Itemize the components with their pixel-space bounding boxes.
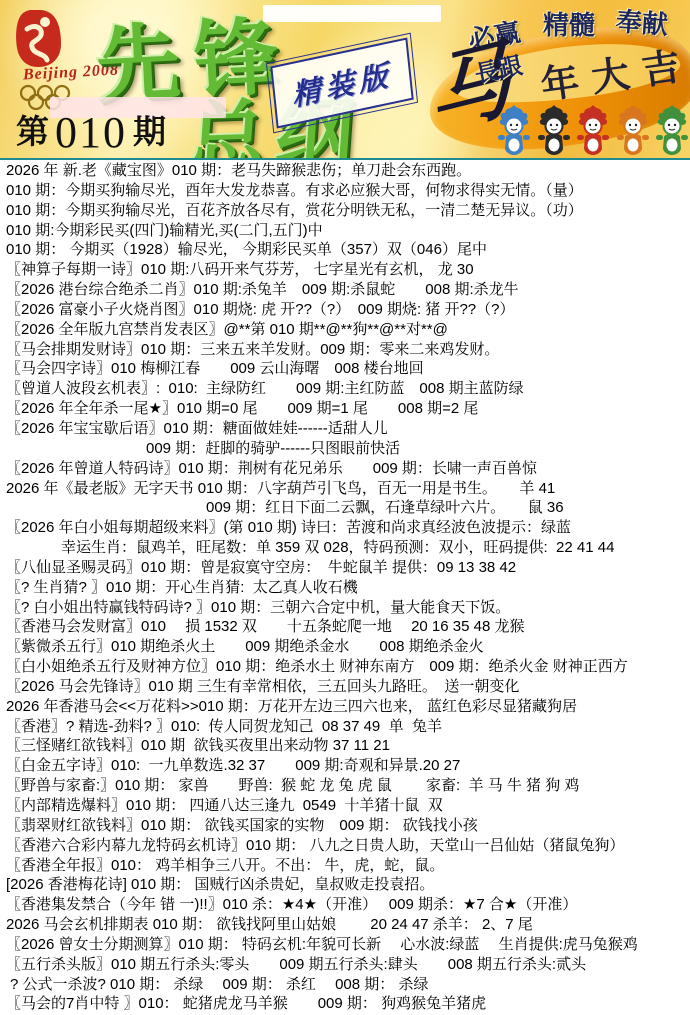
text-line: 〖2026 年白小姐每期超级来料〗(第 010 期) 诗曰：苦渡和尚求真经波色波… [0, 518, 690, 538]
text-line: 〖紫微杀五行〗010 期绝杀火土 009 期绝杀金水 008 期绝杀金火 [0, 637, 690, 657]
page-header: Beijing 2008 先锋 总纲 第010期 精装版 必赢 精髓 奉献 長跟… [0, 0, 690, 160]
text-line: 009 期：赶脚的骑驴------只图眼前快活 [0, 439, 690, 459]
issue-prefix: 第 [16, 113, 49, 150]
text-line: 2026 年香港马会<<万花料>>010 期：万花开左边三四六也来， 蓝红色彩尽… [0, 697, 690, 717]
slogan-word-3: 奉献 [615, 1, 669, 42]
text-line: 2026 马会玄机排期表 010 期： 欲钱找阿里山姑娘 20 24 47 杀羊… [0, 915, 690, 935]
text-line: 〖马会四字诗〗010 梅柳江春 009 云山海曙 008 楼台地回 [0, 359, 690, 379]
mascot-nini-green [654, 104, 690, 156]
text-line: 〖曾道人波段玄机表〗: 010: 主绿防红 009 期:主红防蓝 008 期主蓝… [0, 379, 690, 399]
text-line: 〖香港全年报〗010： 鸡羊相争三八开。不出： 牛，虎，蛇，鼠。 [0, 856, 690, 876]
text-line: 〖内部精选爆料〗010 期： 四通八达三逢九 0549 十羊猪十鼠 双 [0, 796, 690, 816]
mascot-yingying-orange [615, 104, 651, 156]
text-line: 2026 年 新.老《藏宝图》010 期：老马失蹄猴悲伤；单刀赴会东西跑。 [0, 161, 690, 181]
text-line: 〖2026 港台综合绝杀二肖〗010 期:杀兔羊 009 期:杀鼠蛇 008 期… [0, 280, 690, 300]
text-line: 010 期：今期买狗输尽光，百花齐放各尽有，赏花分明铁无私，一清二楚无异议。（功… [0, 201, 690, 221]
text-line: 〖2026 马会先锋诗〗010 期 三生有幸常相依，三五回头九路旺。 送一朝变化 [0, 677, 690, 697]
censor-box [263, 5, 441, 22]
text-line: 〖2026 年宝宝歇后语〗010 期：糖面做娃娃------适甜人儿 [0, 419, 690, 439]
issue-number: 第010期 [16, 106, 166, 158]
edition-badge-label: 精装版 [290, 52, 394, 114]
mascot-huanhuan-red [575, 104, 611, 156]
text-line: 〖八仙显圣赐灵码〗010 期：曾是寂寞守空房： 牛蛇鼠羊 提供：09 13 38… [0, 558, 690, 578]
mascots [496, 104, 690, 158]
text-line: 〖2026 年曾道人特码诗〗010 期：荆树有花兄弟乐 009 期：长啸一声百兽… [0, 459, 690, 479]
text-line: ? 公式一杀波? 010 期： 杀绿 009 期： 杀红 008 期： 杀绿 [0, 975, 690, 995]
text-line: 〖马会的7肖中特 〗010： 蛇猪虎龙马羊猴 009 期： 狗鸡猴兔羊猪虎 [0, 994, 690, 1014]
mascot-jingjing-panda [536, 104, 572, 156]
text-line: 〖? 生肖猜? 〗010 期：开心生肖猜: 太乙真人收石機 [0, 578, 690, 598]
text-line: 〖野兽与家畜:〗010 期： 家兽 野兽: 猴 蛇 龙 兔 虎 鼠 家畜: 羊 … [0, 776, 690, 796]
dancing-beijing-seal-icon [14, 10, 64, 68]
text-line: [2026 香港梅花诗] 010 期： 国贼行凶杀贵妃，皇叔败走投袁招。 [0, 875, 690, 895]
text-line: 幸运生肖：鼠鸡羊，旺尾数：单 359 双 028，特码预测：双小，旺码提供: 2… [0, 538, 690, 558]
text-line: 〖白小姐绝杀五行及财神方位〗010 期：绝杀水土 财神东南方 009 期：绝杀火… [0, 657, 690, 677]
text-line: 〖香港〗? 精选-劲料? 〗010: 传人同贺龙知己 08 37 49 单 兔羊 [0, 717, 690, 737]
slogan-word-2: 精髓 [543, 5, 595, 42]
text-line: 〖2026 富豪小子火烧肖图〗010 期烧: 虎 开??（?） 009 期烧: … [0, 300, 690, 320]
text-line: 〖? 白小姐出特赢钱特码诗? 〗010 期：三朝六合定中机，量大能食天下饭。 [0, 598, 690, 618]
text-line: 〖神算子每期一诗〗010 期:八码开来气芬芳， 七字星光有玄机， 龙 30 [0, 260, 690, 280]
text-line: 〖五行杀头版〗010 期五行杀头:零头 009 期五行杀头:肆头 008 期五行… [0, 955, 690, 975]
mascot-beibei-blue [496, 104, 532, 156]
issue-suffix: 期 [133, 113, 166, 150]
text-line: 〖香港六合彩内幕九龙特码玄机诗〗010 期： 八九之日贵人助，天堂山一吕仙姑（猪… [0, 836, 690, 856]
text-line: 010 期：今期买狗输尽光，酉年大发龙恭喜。有求必应猴大哥，何物求得实无情。（量… [0, 181, 690, 201]
text-line: 〖2026 全年版九宫禁肖发表区〗@**第 010 期**@**狗**@**对*… [0, 320, 690, 340]
text-line: 009 期：红日下面二云飘，石逢草绿叶六片。 鼠 36 [0, 498, 690, 518]
content-lines: 2026 年 新.老《藏宝图》010 期：老马失蹄猴悲伤；单刀赴会东西跑。010… [0, 160, 690, 1015]
text-line: 010 期:今期彩民买(四门)输精光,买(二门,五门)中 [0, 221, 690, 241]
text-line: 〖香港集发禁合（今年 错 一)!!〗010 杀：★4★（开准） 009 期杀：★… [0, 895, 690, 915]
text-line: 〖2026 年全年杀一尾★〗010 期=0 尾 009 期=1 尾 008 期=… [0, 399, 690, 419]
text-line: 〖白金五字诗〗010: 一九单数选.32 37 009 期:奇观和异景.20 2… [0, 756, 690, 776]
text-line: 〖马会排期发财诗〗010 期：三来五来羊发财。009 期：零来二来鸡发财。 [0, 340, 690, 360]
text-line: 〖2026 曾女士分期测算〗010 期： 特码玄机:年貌可长新 心水波:绿蓝 生… [0, 935, 690, 955]
text-line: 〖翡翠财红欲钱料〗010 期： 欲钱买国家的实物 009 期： 砍钱找小孩 [0, 816, 690, 836]
text-line: 2026 年《最老版》无字天书 010 期：八字葫芦引飞鸟，百无一用是书生。 羊… [0, 479, 690, 499]
text-line: 010 期： 今期买（1928）输尽光， 今期彩民买单（357）双（046）尾中 [0, 240, 690, 260]
text-line: 〖三怪赌红欲钱料〗010 期 欲钱买夜里出来动物 37 11 21 [0, 736, 690, 756]
text-line: 〖香港马会发财富〗010 损 1532 双 十五条蛇爬一地 20 16 35 4… [0, 617, 690, 637]
issue-digits: 010 [49, 108, 133, 157]
